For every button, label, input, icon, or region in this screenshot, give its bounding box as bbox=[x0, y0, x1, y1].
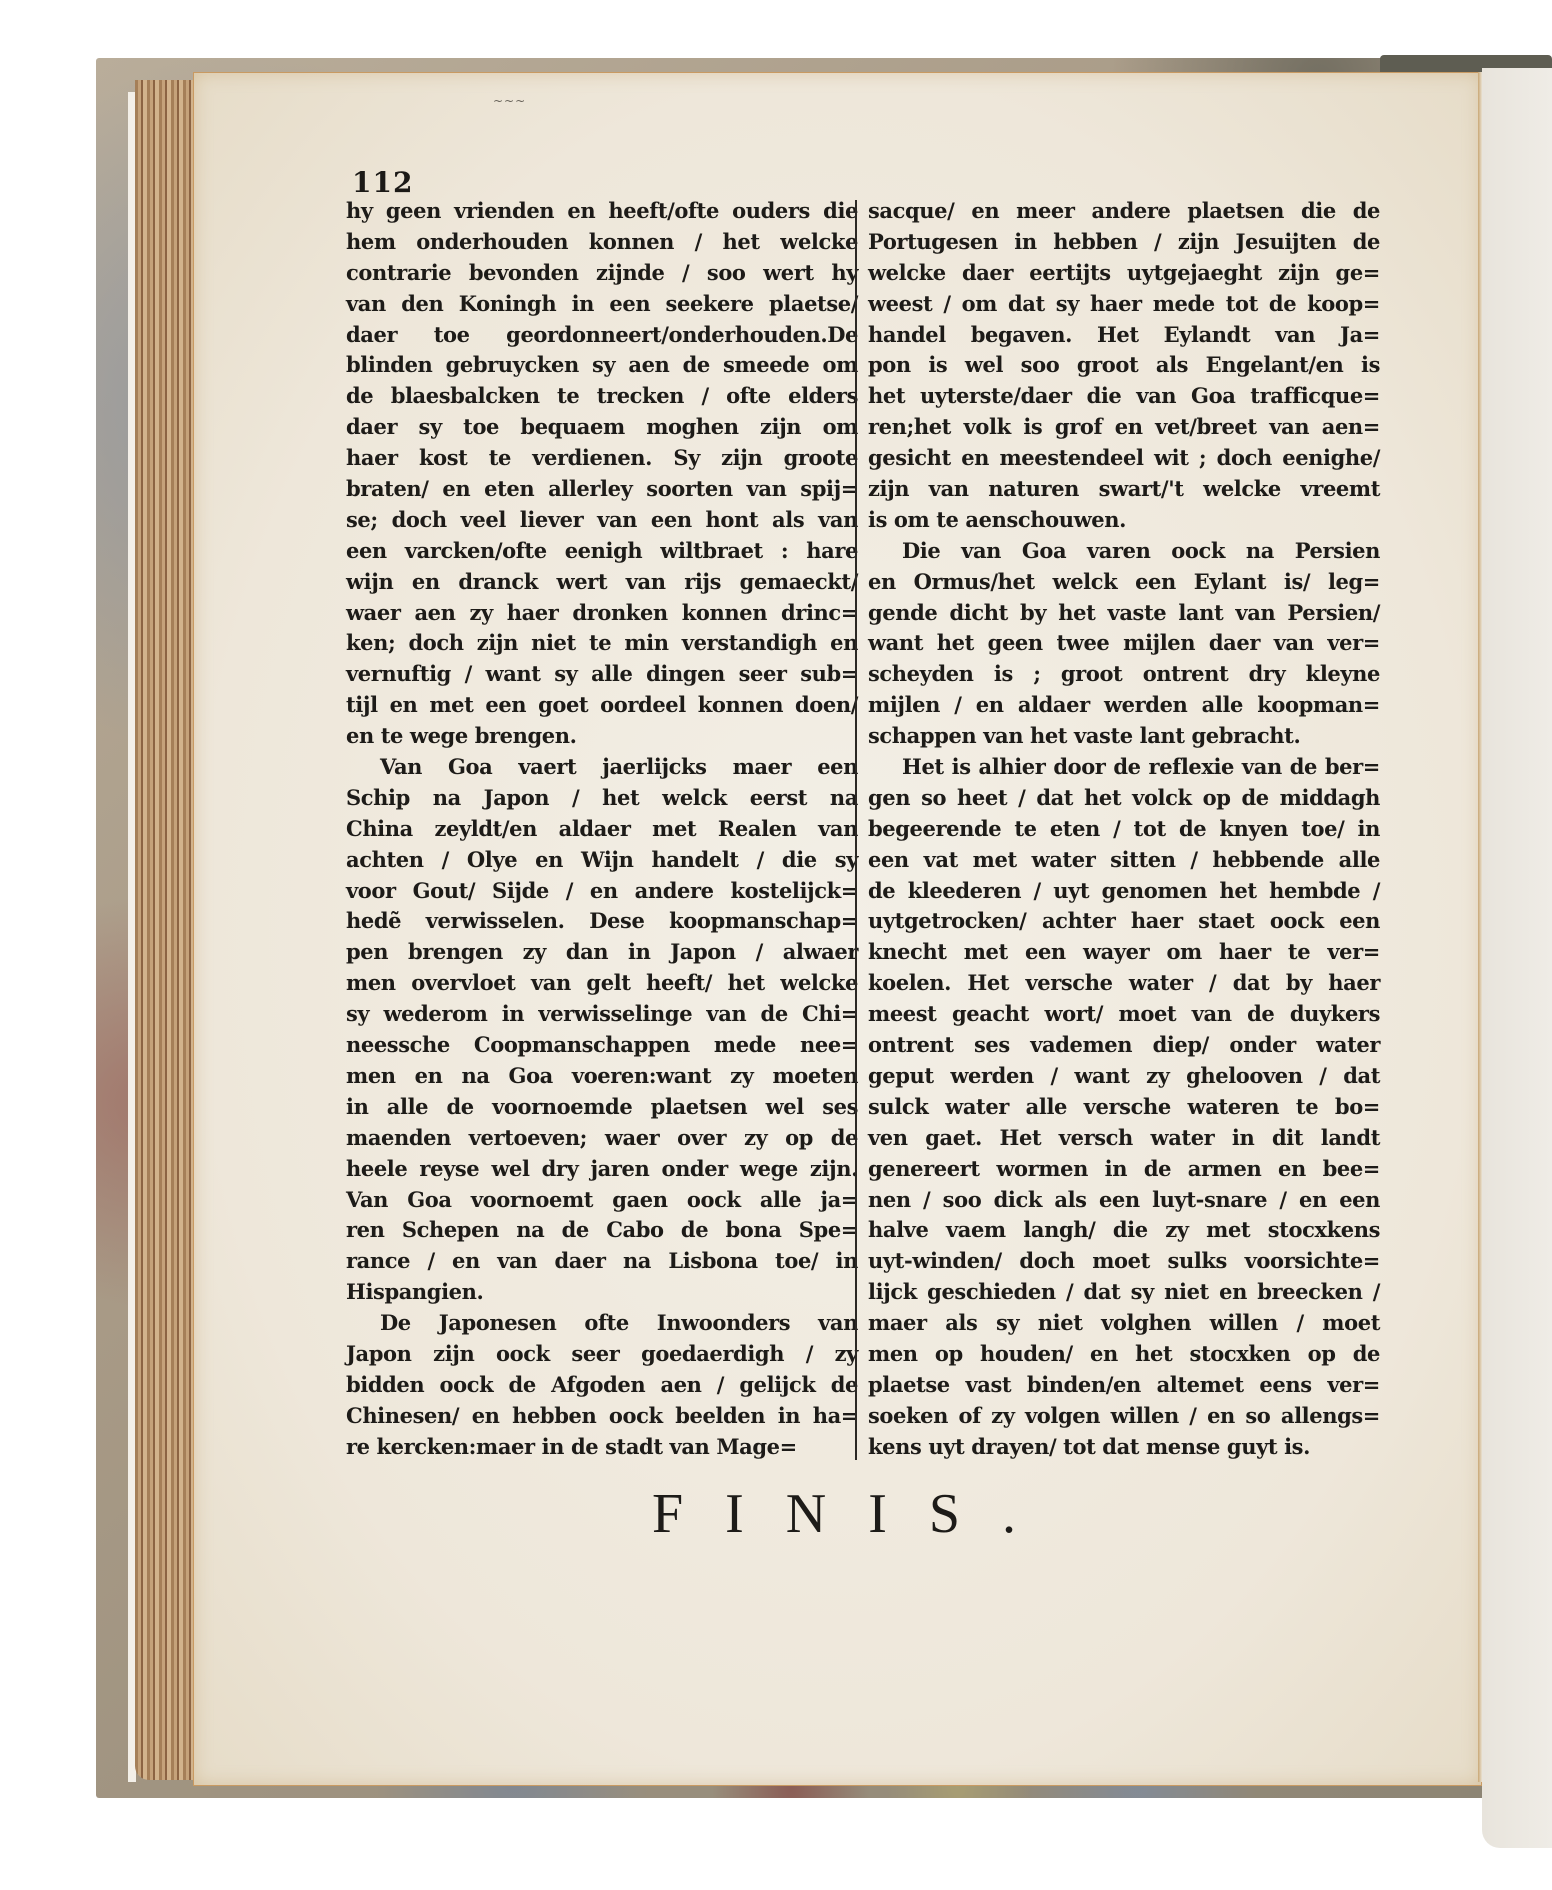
text-line: Japon zijn oock seer goedaerdigh / zy bbox=[346, 1339, 858, 1370]
text-line: plaetse vast binden/en altemet eens ver= bbox=[868, 1370, 1380, 1401]
text-line: Portugesen in hebben / zijn Jesuijten de bbox=[868, 227, 1380, 258]
text-line: contrarie bevonden zijnde / soo wert hy bbox=[346, 258, 858, 289]
text-line: braten/ en eten allerley soorten van spi… bbox=[346, 474, 858, 505]
text-line: maenden vertoeven; waer over zy op de bbox=[346, 1123, 858, 1154]
text-line: is om te aenschouwen. bbox=[868, 505, 1380, 536]
text-line: China zeyldt/en aldaer met Realen van bbox=[346, 814, 858, 845]
text-line: handel begaven. Het Eylandt van Ja= bbox=[868, 320, 1380, 351]
finis-heading: FINIS. bbox=[652, 1482, 1058, 1546]
text-line: mijlen / en aldaer werden alle koopman= bbox=[868, 690, 1380, 721]
text-line: geput werden / want zy ghelooven / dat bbox=[868, 1061, 1380, 1092]
text-line: re kercken:maer in de stadt van Mage= bbox=[346, 1432, 858, 1463]
text-line: lijck geschieden / dat sy niet en breeck… bbox=[868, 1277, 1380, 1308]
text-line: tijl en met een goet oordeel konnen doen… bbox=[346, 690, 858, 721]
text-line: men en na Goa voeren:want zy moeten bbox=[346, 1061, 858, 1092]
text-line: hedẽ verwisselen. Dese koopmanschap= bbox=[346, 906, 858, 937]
text-line: en te wege brengen. bbox=[346, 721, 858, 752]
text-line: sulck water alle versche wateren te bo= bbox=[868, 1092, 1380, 1123]
text-line: achten / Olye en Wijn handelt / die sy bbox=[346, 845, 858, 876]
text-line: kens uyt drayen/ tot dat mense guyt is. bbox=[868, 1432, 1380, 1463]
text-line: soeken of zy volgen willen / en so allen… bbox=[868, 1401, 1380, 1432]
text-line: Chinesen/ en hebben oock beelden in ha= bbox=[346, 1401, 858, 1432]
text-line: neessche Coopmanschappen mede nee= bbox=[346, 1030, 858, 1061]
text-line: hem onderhouden konnen / het welcke bbox=[346, 227, 858, 258]
text-line: ontrent ses vademen diep/ onder water bbox=[868, 1030, 1380, 1061]
text-line: de kleederen / uyt genomen het hembde / bbox=[868, 876, 1380, 907]
text-line: sy wederom in verwisselinge van de Chi= bbox=[346, 999, 858, 1030]
text-line: vernuftig / want sy alle dingen seer sub… bbox=[346, 659, 858, 690]
text-line: begeerende te eten / tot de knyen toe/ i… bbox=[868, 814, 1380, 845]
text-line: van den Koningh in een seekere plaetse/ bbox=[346, 289, 858, 320]
text-line: Van Goa vaert jaerlijcks maer een bbox=[346, 752, 858, 783]
text-line: Het is alhier door de reflexie van de be… bbox=[868, 752, 1380, 783]
text-line: scheyden is ; groot ontrent dry kleyne bbox=[868, 659, 1380, 690]
right-text-column: sacque/ en meer andere plaetsen die dePo… bbox=[868, 196, 1380, 1463]
text-line: bidden oock de Afgoden aen / gelijck de bbox=[346, 1370, 858, 1401]
text-line: daer toe geordonneert/onderhouden.De bbox=[346, 320, 858, 351]
text-line: genereert wormen in de armen en bee= bbox=[868, 1154, 1380, 1185]
text-line: meest geacht wort/ moet van de duykers bbox=[868, 999, 1380, 1030]
text-line: waer aen zy haer dronken konnen drinc= bbox=[346, 598, 858, 629]
text-line: knecht met een wayer om haer te ver= bbox=[868, 937, 1380, 968]
text-line: maer als sy niet volghen willen / moet bbox=[868, 1308, 1380, 1339]
text-line: uyt-winden/ doch moet sulks voorsichte= bbox=[868, 1246, 1380, 1277]
text-line: nen / soo dick als een luyt-snare / en e… bbox=[868, 1185, 1380, 1216]
text-line: voor Gout/ Sijde / en andere kostelijck= bbox=[346, 876, 858, 907]
text-line: sacque/ en meer andere plaetsen die de bbox=[868, 196, 1380, 227]
text-line: en Ormus/het welck een Eylant is/ leg= bbox=[868, 567, 1380, 598]
text-line: halve vaem langh/ die zy met stocxkens bbox=[868, 1215, 1380, 1246]
text-line: ven gaet. Het versch water in dit landt bbox=[868, 1123, 1380, 1154]
text-line: wijn en dranck wert van rijs gemaeckt/ bbox=[346, 567, 858, 598]
text-line: een vat met water sitten / hebbende alle bbox=[868, 845, 1380, 876]
text-line: weest / om dat sy haer mede tot de koop= bbox=[868, 289, 1380, 320]
text-line: heele reyse wel dry jaren onder wege zij… bbox=[346, 1154, 858, 1185]
text-line: in alle de voornoemde plaetsen wel ses bbox=[346, 1092, 858, 1123]
text-line: Hispangien. bbox=[346, 1277, 858, 1308]
text-line: Schip na Japon / het welck eerst na bbox=[346, 783, 858, 814]
text-line: hy geen vrienden en heeft/ofte ouders di… bbox=[346, 196, 858, 227]
text-line: zijn van naturen swart/'t welcke vreemt bbox=[868, 474, 1380, 505]
text-line: het uyterste/daer die van Goa trafficque… bbox=[868, 381, 1380, 412]
text-line: men overvloet van gelt heeft/ het welcke bbox=[346, 968, 858, 999]
stray-ink-mark: ~~~ bbox=[493, 94, 526, 108]
text-line: men op houden/ en het stocxken op de bbox=[868, 1339, 1380, 1370]
text-line: welcke daer eertijts uytgejaeght zijn ge… bbox=[868, 258, 1380, 289]
page-gutter bbox=[1478, 72, 1482, 1782]
page-number: 112 bbox=[352, 166, 413, 199]
text-line: Van Goa voornoemt gaen oock alle ja= bbox=[346, 1185, 858, 1216]
text-line: koelen. Het versche water / dat by haer bbox=[868, 968, 1380, 999]
text-line: pen brengen zy dan in Japon / alwaer bbox=[346, 937, 858, 968]
facing-page bbox=[1482, 68, 1552, 1848]
text-line: pon is wel soo groot als Engelant/en is bbox=[868, 350, 1380, 381]
text-line: blinden gebruycken sy aen de smeede om bbox=[346, 350, 858, 381]
column-rule bbox=[855, 200, 857, 1460]
text-line: uytgetrocken/ achter haer staet oock een bbox=[868, 906, 1380, 937]
text-line: se; doch veel liever van een hont als va… bbox=[346, 505, 858, 536]
text-line: ren Schepen na de Cabo de bona Spe= bbox=[346, 1215, 858, 1246]
text-line: gen so heet / dat het volck op de middag… bbox=[868, 783, 1380, 814]
text-line: want het geen twee mijlen daer van ver= bbox=[868, 628, 1380, 659]
page-block-edge bbox=[135, 80, 195, 1780]
text-line: gesicht en meestendeel wit ; doch eenigh… bbox=[868, 443, 1380, 474]
text-line: gende dicht by het vaste lant van Persie… bbox=[868, 598, 1380, 629]
text-line: ren;het volk is grof en vet/breet van ae… bbox=[868, 412, 1380, 443]
text-line: rance / en van daer na Lisbona toe/ in bbox=[346, 1246, 858, 1277]
text-line: schappen van het vaste lant gebracht. bbox=[868, 721, 1380, 752]
text-line: Die van Goa varen oock na Persien bbox=[868, 536, 1380, 567]
text-line: ken; doch zijn niet te min verstandigh e… bbox=[346, 628, 858, 659]
text-line: daer sy toe bequaem moghen zijn om bbox=[346, 412, 858, 443]
text-line: een varcken/ofte eenigh wiltbraet : hare bbox=[346, 536, 858, 567]
text-line: haer kost te verdienen. Sy zijn groote bbox=[346, 443, 858, 474]
text-line: De Japonesen ofte Inwoonders van bbox=[346, 1308, 858, 1339]
text-line: de blaesbalcken te trecken / ofte elders bbox=[346, 381, 858, 412]
left-text-column: hy geen vrienden en heeft/ofte ouders di… bbox=[346, 196, 858, 1463]
